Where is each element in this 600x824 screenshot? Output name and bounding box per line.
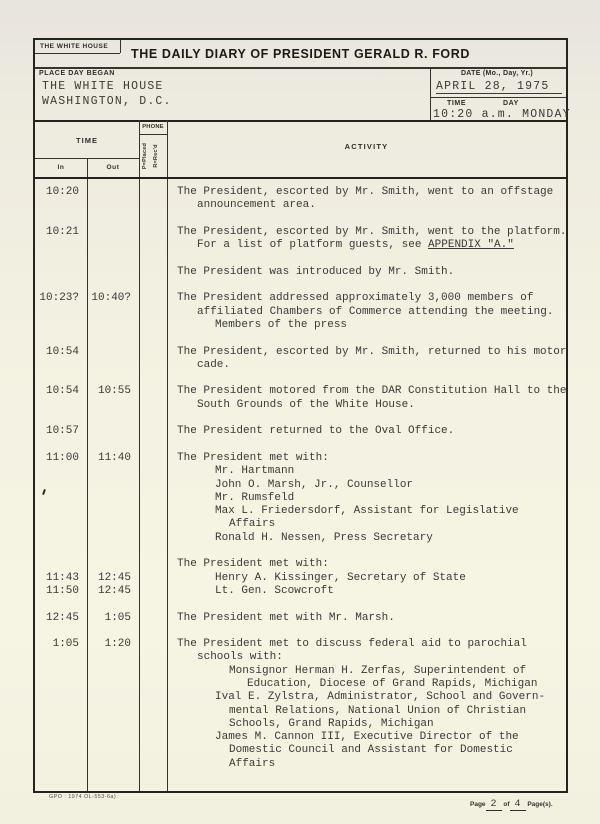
activity-text: Affairs xyxy=(167,758,566,771)
time-out xyxy=(87,239,139,252)
diary-line: Max L. Friedersdorf, Assistant for Legis… xyxy=(35,505,566,518)
time-out xyxy=(87,306,139,319)
phone-cell xyxy=(139,425,167,438)
activity-text: The President, escorted by Mr. Smith, we… xyxy=(167,226,566,239)
phone-cell xyxy=(139,718,167,731)
time-out xyxy=(87,266,139,279)
diary-line: 10:57The President returned to the Oval … xyxy=(35,425,566,438)
time-in xyxy=(35,744,87,757)
diary-line: 10:5410:55The President motored from the… xyxy=(35,385,566,398)
diary-entry: 10:23?10:40?The President addressed appr… xyxy=(35,292,566,332)
time-label: TIME xyxy=(447,100,466,107)
day-label: DAY xyxy=(503,100,519,107)
diary-entry: 10:57The President returned to the Oval … xyxy=(35,425,566,438)
header-band-top-rule xyxy=(35,120,566,122)
time-in xyxy=(35,518,87,531)
place-line1: THE WHITE HOUSE xyxy=(42,80,164,93)
diary-line: Affairs xyxy=(35,758,566,771)
diary-form: THE WHITE HOUSE THE DAILY DIARY OF PRESI… xyxy=(33,38,568,793)
diary-entry: The President was introduced by Mr. Smit… xyxy=(35,266,566,279)
activity-text: Schools, Grand Rapids, Michigan xyxy=(167,718,566,731)
activity-text: announcement area. xyxy=(167,199,566,212)
title-band-rule xyxy=(35,67,566,69)
time-out xyxy=(87,691,139,704)
time-in xyxy=(35,306,87,319)
time-out xyxy=(87,199,139,212)
activity-text: Ival E. Zylstra, Administrator, School a… xyxy=(167,691,566,704)
diary-line: 11:4312:45Henry A. Kissinger, Secretary … xyxy=(35,572,566,585)
time-in: 10:54 xyxy=(35,346,87,359)
phone-column-header: PHONE xyxy=(139,124,167,130)
time-in xyxy=(35,758,87,771)
diary-line: Domestic Council and Assistant for Domes… xyxy=(35,744,566,757)
time-out xyxy=(87,665,139,678)
diary-entry: 10:5410:55The President motored from the… xyxy=(35,385,566,412)
time-out xyxy=(87,505,139,518)
phone-cell xyxy=(139,572,167,585)
page-title: THE DAILY DIARY OF PRESIDENT GERALD R. F… xyxy=(35,47,566,61)
phone-cell xyxy=(139,678,167,691)
date-label: DATE (Mo., Day, Yr.) xyxy=(430,70,564,77)
time-in xyxy=(35,731,87,744)
activity-text: mental Relations, National Union of Chri… xyxy=(167,705,566,718)
time-in: 12:45 xyxy=(35,612,87,625)
phone-cell xyxy=(139,731,167,744)
page-number-line: Page2 of4 Page(s). xyxy=(470,799,553,810)
time-out xyxy=(87,359,139,372)
diary-entry: 11:0011:40The President met with:Mr. Har… xyxy=(35,452,566,545)
time-out xyxy=(87,758,139,771)
time-in: 1:05 xyxy=(35,638,87,651)
time-out xyxy=(87,465,139,478)
diary-line: Mr. Rumsfeld xyxy=(35,492,566,505)
diary-line: For a list of platform guests, see APPEN… xyxy=(35,239,566,252)
diary-line: schools with: xyxy=(35,651,566,664)
phone-cell xyxy=(139,226,167,239)
phone-cell xyxy=(139,452,167,465)
time-out xyxy=(87,186,139,199)
time-out xyxy=(87,558,139,571)
diary-line: John O. Marsh, Jr., Counsellor xyxy=(35,479,566,492)
diary-line: 10:20The President, escorted by Mr. Smit… xyxy=(35,186,566,199)
appendix-reference: APPENDIX "A." xyxy=(428,239,514,251)
time-out xyxy=(87,399,139,412)
time-in xyxy=(35,705,87,718)
activity-text: Lt. Gen. Scowcroft xyxy=(167,585,566,598)
time-in xyxy=(35,651,87,664)
diary-line: 10:23?10:40?The President addressed appr… xyxy=(35,292,566,305)
time-in xyxy=(35,532,87,545)
time-in xyxy=(35,199,87,212)
diary-line: announcement area. xyxy=(35,199,566,212)
activity-text: James M. Cannon III, Executive Director … xyxy=(167,731,566,744)
time-in xyxy=(35,505,87,518)
diary-line: Ronald H. Nessen, Press Secretary xyxy=(35,532,566,545)
time-in: 10:54 xyxy=(35,385,87,398)
diary-line: Mr. Hartmann xyxy=(35,465,566,478)
diary-line: Schools, Grand Rapids, Michigan xyxy=(35,718,566,731)
time-in: 10:20 xyxy=(35,186,87,199)
phone-cell xyxy=(139,518,167,531)
time-out xyxy=(87,346,139,359)
diary-line: 10:21The President, escorted by Mr. Smit… xyxy=(35,226,566,239)
activity-text: The President met with Mr. Marsh. xyxy=(167,612,566,625)
time-column-header: TIME xyxy=(35,136,139,145)
activity-text: cade. xyxy=(167,359,566,372)
activity-text: The President returned to the Oval Offic… xyxy=(167,425,566,438)
time-in xyxy=(35,558,87,571)
time-out xyxy=(87,532,139,545)
activity-text: For a list of platform guests, see APPEN… xyxy=(167,239,566,252)
activity-text: Mr. Rumsfeld xyxy=(167,492,566,505)
activity-text: The President, escorted by Mr. Smith, re… xyxy=(167,346,566,359)
phone-cell xyxy=(139,346,167,359)
phone-cell xyxy=(139,199,167,212)
time-out xyxy=(87,744,139,757)
activity-text: Domestic Council and Assistant for Domes… xyxy=(167,744,566,757)
activity-text: schools with: xyxy=(167,651,566,664)
phone-cell xyxy=(139,758,167,771)
time-in xyxy=(35,492,87,505)
time-out: 1:20 xyxy=(87,638,139,651)
phone-cell xyxy=(139,705,167,718)
diary-line: 10:54The President, escorted by Mr. Smit… xyxy=(35,346,566,359)
activity-text: Members of the press xyxy=(167,319,566,332)
phone-cell xyxy=(139,385,167,398)
time-out: 12:45 xyxy=(87,585,139,598)
diary-body: 10:20The President, escorted by Mr. Smit… xyxy=(35,179,566,791)
time-out xyxy=(87,705,139,718)
diary-line: 11:5012:45Lt. Gen. Scowcroft xyxy=(35,585,566,598)
time-out xyxy=(87,319,139,332)
phone-cell xyxy=(139,744,167,757)
diary-line: cade. xyxy=(35,359,566,372)
diary-entry: 12:451:05The President met with Mr. Mars… xyxy=(35,612,566,625)
diary-entry: 10:21The President, escorted by Mr. Smit… xyxy=(35,226,566,253)
phone-cell xyxy=(139,558,167,571)
diary-line: Ival E. Zylstra, Administrator, School a… xyxy=(35,691,566,704)
diary-line: Members of the press xyxy=(35,319,566,332)
time-out xyxy=(87,518,139,531)
time-in xyxy=(35,479,87,492)
diary-line: 1:051:20The President met to discuss fed… xyxy=(35,638,566,651)
phone-cell xyxy=(139,505,167,518)
time-out: 1:05 xyxy=(87,612,139,625)
time-out xyxy=(87,651,139,664)
page-label: Page xyxy=(470,801,486,808)
diary-line: The President was introduced by Mr. Smit… xyxy=(35,266,566,279)
activity-text: South Grounds of the White House. xyxy=(167,399,566,412)
phone-cell xyxy=(139,532,167,545)
diary-line: 11:0011:40The President met with: xyxy=(35,452,566,465)
phone-cell xyxy=(139,465,167,478)
activity-text: The President, escorted by Mr. Smith, we… xyxy=(167,186,566,199)
phone-cell xyxy=(139,239,167,252)
time-out xyxy=(87,425,139,438)
page-current: 2 xyxy=(486,799,502,811)
phone-cell xyxy=(139,585,167,598)
page-total: 4 xyxy=(510,799,526,811)
diary-line: Monsignor Herman H. Zerfas, Superintende… xyxy=(35,665,566,678)
activity-text: Ronald H. Nessen, Press Secretary xyxy=(167,532,566,545)
phone-cell xyxy=(139,691,167,704)
scanned-page: { "colors": { "paper": "#f3f1e1", "margi… xyxy=(0,0,600,824)
diary-line: affiliated Chambers of Commerce attendin… xyxy=(35,306,566,319)
phone-cell xyxy=(139,638,167,651)
activity-text: Henry A. Kissinger, Secretary of State xyxy=(167,572,566,585)
phone-cell xyxy=(139,292,167,305)
time-out: 11:40 xyxy=(87,452,139,465)
phone-cell xyxy=(139,306,167,319)
time-in xyxy=(35,399,87,412)
pages-label: Page(s). xyxy=(527,801,552,808)
activity-text: The President met with: xyxy=(167,558,566,571)
place-day-began-label: PLACE DAY BEGAN xyxy=(39,70,115,77)
diary-entry: 1:051:20The President met to discuss fed… xyxy=(35,638,566,771)
date-value: APRIL 28, 1975 xyxy=(436,80,562,94)
time-in: 11:00 xyxy=(35,452,87,465)
phone-placed-label: P=Placed xyxy=(142,135,148,177)
activity-text: Max L. Friedersdorf, Assistant for Legis… xyxy=(167,505,566,518)
activity-text: Education, Diocese of Grand Rapids, Mich… xyxy=(167,678,566,691)
phone-cell xyxy=(139,612,167,625)
time-in: 11:50 xyxy=(35,585,87,598)
of-label: of xyxy=(503,801,509,808)
diary-line: South Grounds of the White House. xyxy=(35,399,566,412)
diary-line: Affairs xyxy=(35,518,566,531)
place-line2: WASHINGTON, D.C. xyxy=(42,95,172,108)
time-out xyxy=(87,492,139,505)
time-in xyxy=(35,465,87,478)
diary-line: James M. Cannon III, Executive Director … xyxy=(35,731,566,744)
in-column-header: In xyxy=(35,164,87,171)
time-in xyxy=(35,691,87,704)
phone-cell xyxy=(139,266,167,279)
time-in: 10:21 xyxy=(35,226,87,239)
phone-cell xyxy=(139,479,167,492)
time-out xyxy=(87,226,139,239)
activity-text: The President met to discuss federal aid… xyxy=(167,638,566,651)
phone-cell xyxy=(139,492,167,505)
activity-text: Mr. Hartmann xyxy=(167,465,566,478)
time-out xyxy=(87,731,139,744)
time-out: 10:55 xyxy=(87,385,139,398)
phone-recd-label: R=Rec'd xyxy=(153,135,159,177)
time-in xyxy=(35,678,87,691)
activity-column-header: ACTIVITY xyxy=(167,142,566,151)
phone-cell xyxy=(139,186,167,199)
time-in xyxy=(35,718,87,731)
gpo-imprint: GPO : 1974 OL-553-6a) xyxy=(49,794,116,800)
diary-line: Education, Diocese of Grand Rapids, Mich… xyxy=(35,678,566,691)
phone-cell xyxy=(139,359,167,372)
activity-text: The President met with: xyxy=(167,452,566,465)
time-out xyxy=(87,479,139,492)
activity-text: John O. Marsh, Jr., Counsellor xyxy=(167,479,566,492)
time-out xyxy=(87,678,139,691)
diary-line: 12:451:05The President met with Mr. Mars… xyxy=(35,612,566,625)
date-box-mid-rule xyxy=(430,97,566,98)
time-in xyxy=(35,665,87,678)
diary-line: mental Relations, National Union of Chri… xyxy=(35,705,566,718)
out-column-header: Out xyxy=(87,164,139,171)
activity-text: Affairs xyxy=(167,518,566,531)
time-in: 10:23? xyxy=(35,292,87,305)
time-in: 11:43 xyxy=(35,572,87,585)
time-out xyxy=(87,718,139,731)
activity-text: The President motored from the DAR Const… xyxy=(167,385,566,398)
time-in xyxy=(35,319,87,332)
diary-line: The President met with: xyxy=(35,558,566,571)
diary-entry: 10:20The President, escorted by Mr. Smit… xyxy=(35,186,566,213)
diary-entry: 10:54The President, escorted by Mr. Smit… xyxy=(35,346,566,373)
activity-text: affiliated Chambers of Commerce attendin… xyxy=(167,306,566,319)
time-in xyxy=(35,266,87,279)
phone-cell xyxy=(139,399,167,412)
phone-cell xyxy=(139,319,167,332)
time-out: 12:45 xyxy=(87,572,139,585)
phone-cell xyxy=(139,665,167,678)
activity-text: The President addressed approximately 3,… xyxy=(167,292,566,305)
diary-entry: The President met with:11:4312:45Henry A… xyxy=(35,558,566,598)
activity-text: Monsignor Herman H. Zerfas, Superintende… xyxy=(167,665,566,678)
time-out: 10:40? xyxy=(87,292,139,305)
time-in xyxy=(35,239,87,252)
phone-cell xyxy=(139,651,167,664)
time-in xyxy=(35,359,87,372)
time-in: 10:57 xyxy=(35,425,87,438)
activity-text: The President was introduced by Mr. Smit… xyxy=(167,266,566,279)
